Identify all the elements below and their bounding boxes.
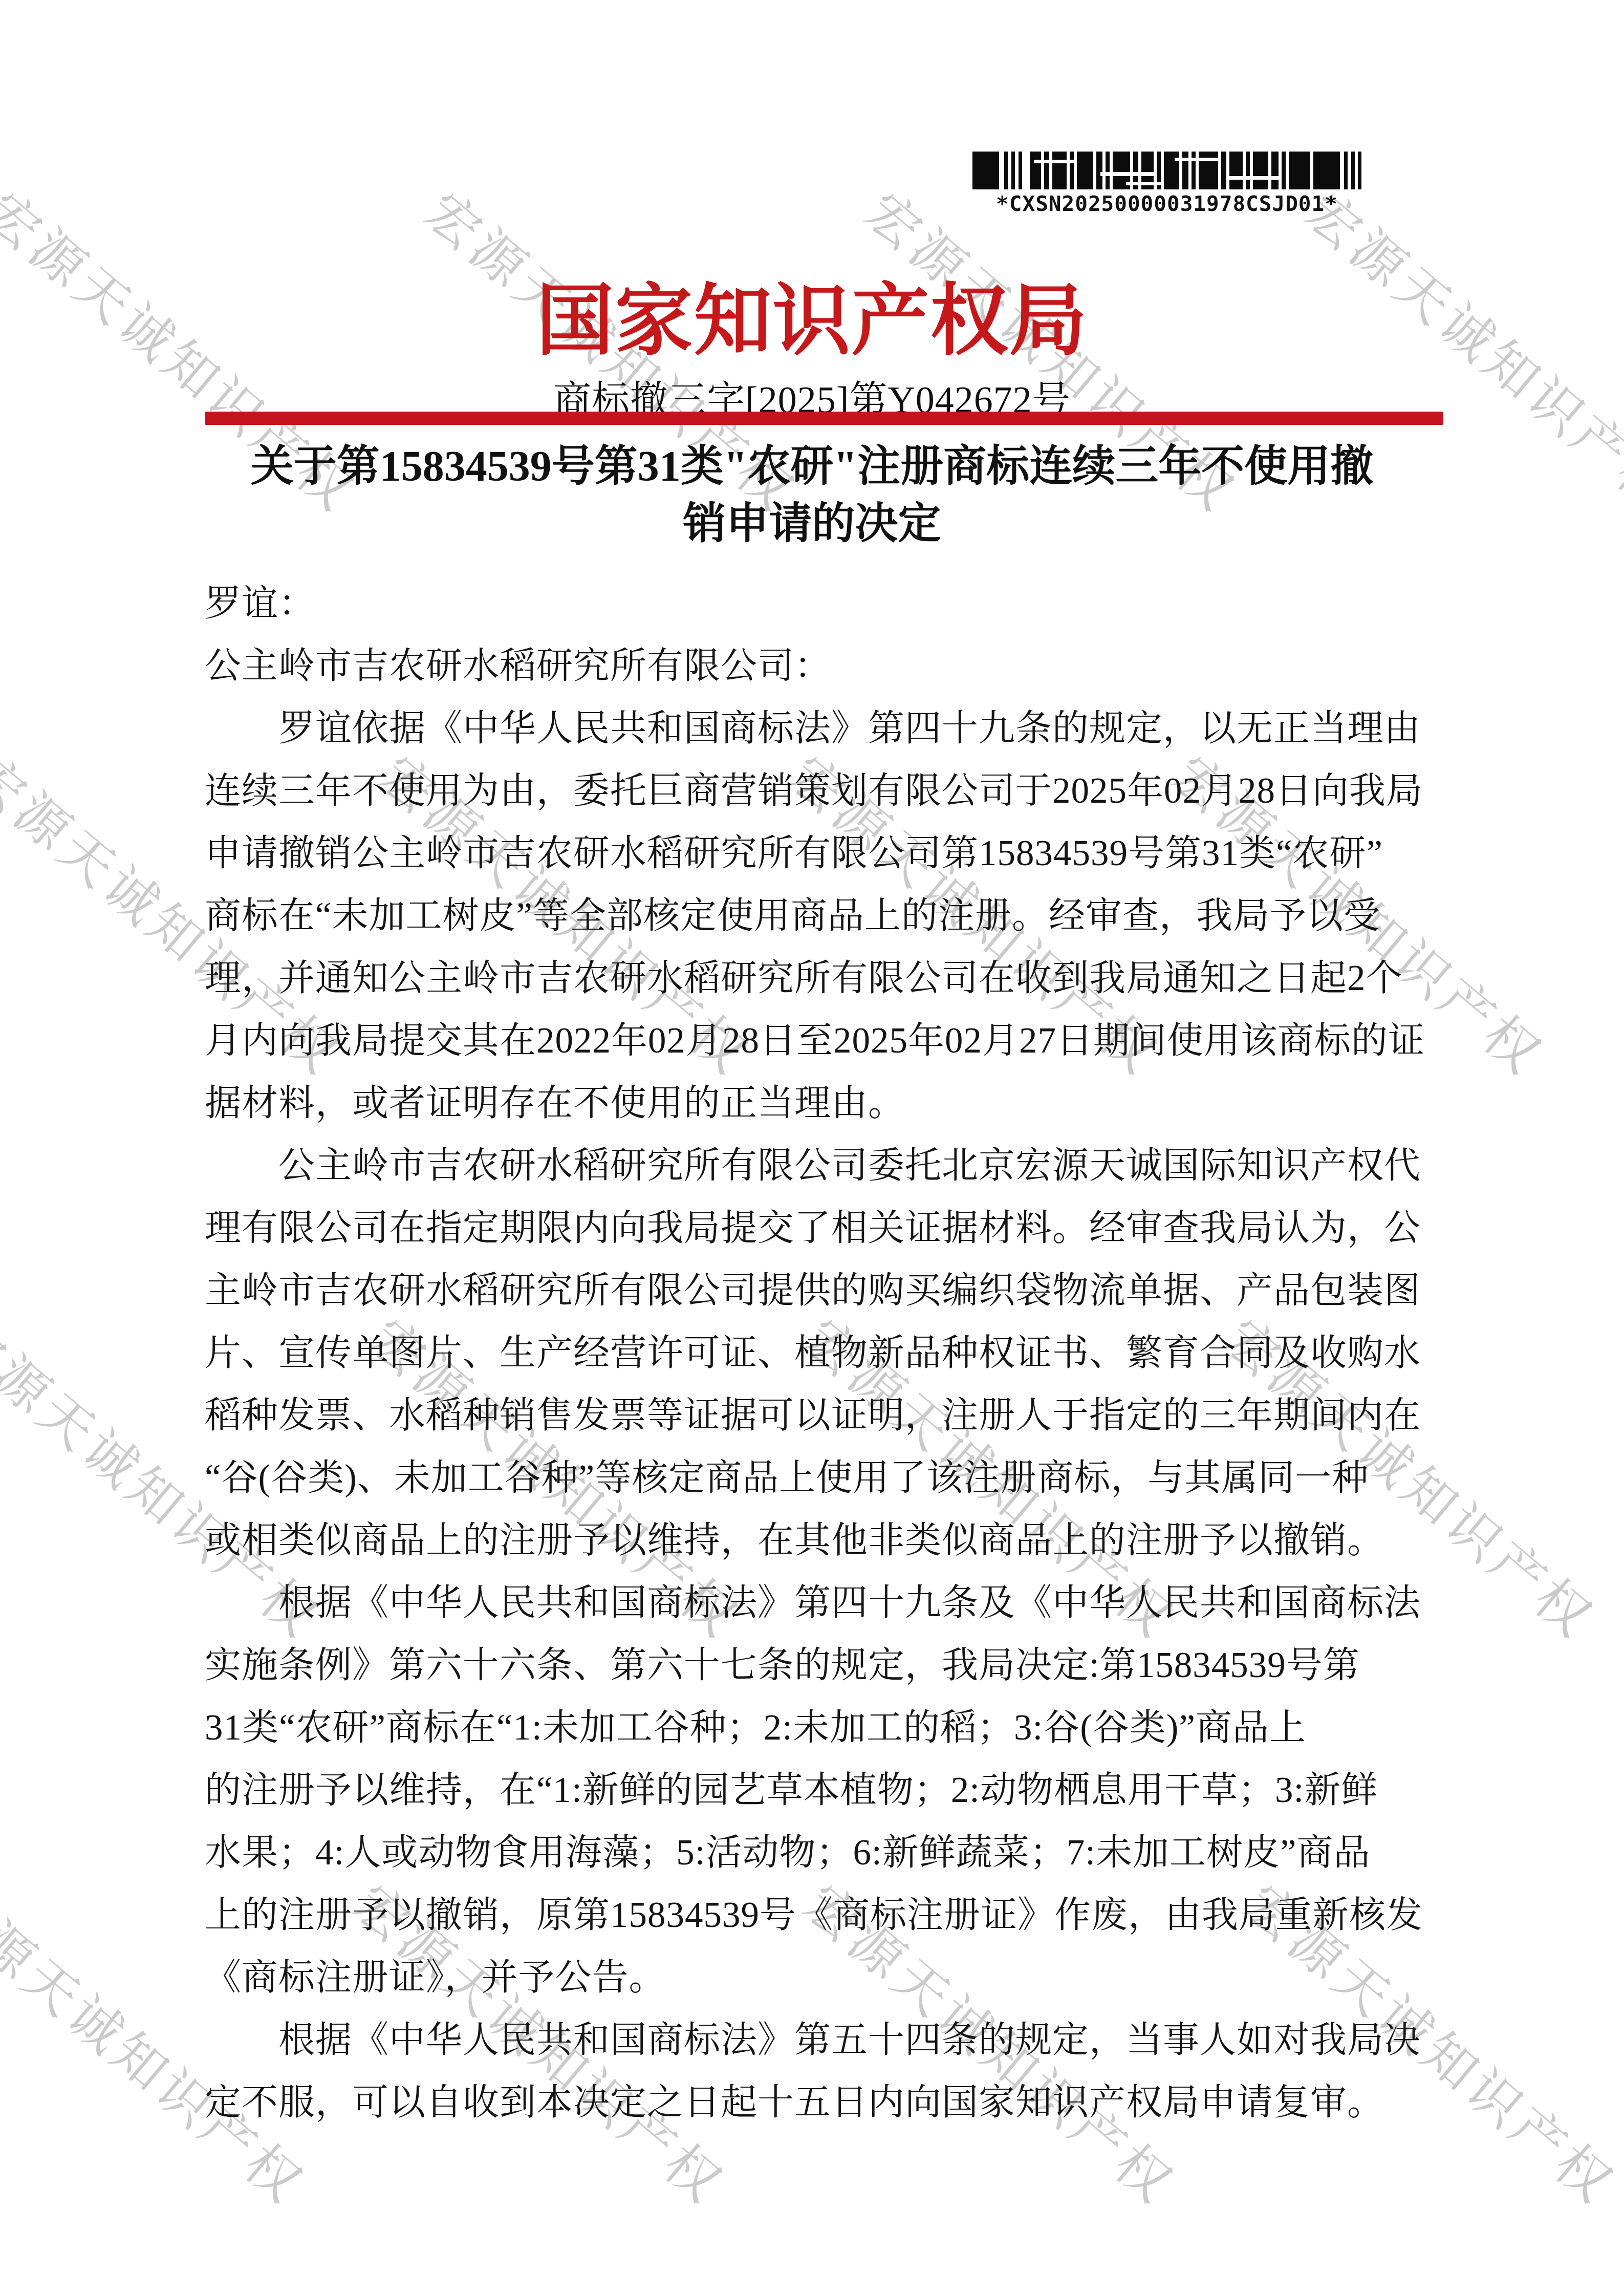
- subject-line-2: 销申请的决定: [0, 496, 1624, 553]
- body-text: 罗谊：公主岭市吉农研水稻研究所有限公司： 罗谊依据《中华人民共和国商标法》第四十…: [205, 572, 1448, 2134]
- subject-line-1: 关于第15834539号第31类"农研"注册商标连续三年不使用撤: [0, 438, 1624, 496]
- body-line: 根据《中华人民共和国商标法》第五十四条的规定，当事人如对我局决: [205, 2009, 1448, 2071]
- body-line: 片、宣传单图片、生产经营许可证、植物新品种权证书、繁育合同及收购水: [205, 1322, 1448, 1384]
- body-line: 水果；4:人或动物食用海藻；5:活动物；6:新鲜蔬菜；7:未加工树皮”商品: [205, 1821, 1448, 1884]
- body-line: 连续三年不使用为由，委托巨商营销策划有限公司于2025年02月28日向我局: [205, 760, 1448, 822]
- body-line: “谷(谷类)、未加工谷种”等核定商品上使用了该注册商标，与其属同一种: [205, 1447, 1448, 1509]
- barcode-code-label: *CXSN20250000031978CSJD01*: [972, 191, 1361, 216]
- body-line: 月内向我局提交其在2022年02月28日至2025年02月27日期间使用该商标的…: [205, 1010, 1448, 1072]
- subject-heading: 关于第15834539号第31类"农研"注册商标连续三年不使用撤 销申请的决定: [0, 438, 1624, 553]
- body-line: 据材料，或者证明存在不使用的正当理由。: [205, 1072, 1448, 1134]
- body-line: 《商标注册证》，并予公告。: [205, 1946, 1448, 2009]
- barcode: *CXSN20250000031978CSJD01*: [972, 152, 1361, 216]
- body-line: 公主岭市吉农研水稻研究所有限公司委托北京宏源天诚国际知识产权代: [205, 1134, 1448, 1197]
- body-line: 根据《中华人民共和国商标法》第四十九条及《中华人民共和国商标法: [205, 1572, 1448, 1634]
- body-line: 申请撤销公主岭市吉农研水稻研究所有限公司第15834539号第31类“农研”: [205, 822, 1448, 885]
- body-line: 公主岭市吉农研水稻研究所有限公司：: [205, 635, 1448, 697]
- body-line: 理有限公司在指定期限内向我局提交了相关证据材料。经审查我局认为，公: [205, 1197, 1448, 1259]
- body-line: 或相类似商品上的注册予以维持，在其他非类似商品上的注册予以撤销。: [205, 1509, 1448, 1572]
- authority-title: 国家知识产权局: [0, 259, 1624, 370]
- red-divider-rule: [205, 412, 1443, 425]
- body-line: 商标在“未加工树皮”等全部核定使用商品上的注册。经审查，我局予以受: [205, 885, 1448, 947]
- body-line: 31类“农研”商标在“1:未加工谷种；2:未加工的稻；3:谷(谷类)”商品上: [205, 1697, 1448, 1759]
- body-line: 理，并通知公主岭市吉农研水稻研究所有限公司在收到我局通知之日起2个: [205, 947, 1448, 1010]
- body-line: 稻种发票、水稻种销售发票等证据可以证明，注册人于指定的三年期间内在: [205, 1384, 1448, 1447]
- body-line: 罗谊依据《中华人民共和国商标法》第四十九条的规定，以无正当理由: [205, 697, 1448, 760]
- body-line: 实施条例》第六十六条、第六十七条的规定，我局决定:第15834539号第: [205, 1634, 1448, 1697]
- body-line: 的注册予以维持，在“1:新鲜的园艺草本植物；2:动物栖息用干草；3:新鲜: [205, 1759, 1448, 1821]
- body-line: 主岭市吉农研水稻研究所有限公司提供的购买编织袋物流单据、产品包装图: [205, 1259, 1448, 1322]
- body-line: 罗谊：: [205, 572, 1448, 635]
- body-line: 上的注册予以撤销，原第15834539号《商标注册证》作废，由我局重新核发: [205, 1884, 1448, 1946]
- barcode-bars: [972, 152, 1361, 189]
- scanned-document-page: 宏源天诚知识产权宏源天诚知识产权宏源天诚知识产权宏源天诚知识产权宏源天诚知识产权…: [0, 0, 1624, 2296]
- body-line: 定不服，可以自收到本决定之日起十五日内向国家知识产权局申请复审。: [205, 2071, 1448, 2134]
